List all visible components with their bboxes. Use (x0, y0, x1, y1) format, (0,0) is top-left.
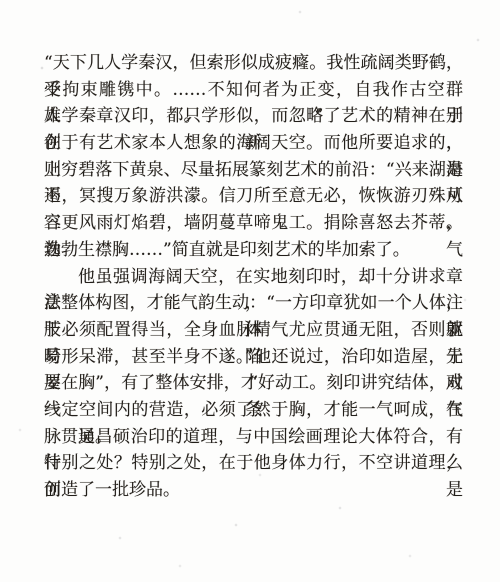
text-line: 特别之处？特别之处，在于他身体力行，不空讲道理，而是 (44, 450, 463, 477)
text-line: 三更风雨灯焰碧，墙阴蔓草啼鬼工。捐除喜怒去芥蒂，逸气 (44, 210, 463, 237)
text-line: 一定空间内的营造，必须了然于胸，才能一气呵成，气脉贯通。 (44, 397, 463, 424)
text-line: 意整体构图，才能气韵生动：“一方印章犹如一个人体，肢体躯 (44, 290, 463, 317)
paragraph-3: 吴昌硕治印的道理，与中国绘画理论大体符合，有什么特别之处？特别之处，在于他身体力… (44, 424, 463, 504)
paragraph-2: 他虽强调海阔天空，在实地刻印时，却十分讲求章法，注意整体构图，才能气韵生动：“一… (44, 264, 463, 424)
text-line: 在于有艺术家本人想象的海阔天空。而他所要追求的，则是 (44, 130, 463, 157)
text-block: “天下几人学秦汉，但索形似成疲癃。我性疏阔类野鹤，不受拘束雕镌中。……不知何者为… (44, 50, 463, 504)
text-line: 上穷碧落下黄泉、尽量拓展篆刻艺术的前沿：“兴来湖海不可 (44, 157, 463, 184)
text-line: 他虽强调海阔天空，在实地刻印时，却十分讲求章法，注 (44, 264, 463, 291)
paragraph-1: “天下几人学秦汉，但索形似成疲癃。我性疏阔类野鹤，不受拘束雕镌中。……不知何者为… (44, 50, 463, 264)
text-line: 干必须配置得当，全身血脉精气尤应贯通无阻，否则就易陷于 (44, 317, 463, 344)
text-line: 屋在胸”，有了整体安排，才好动工。刻印讲究结体，对线条在 (44, 370, 463, 397)
text-line: 遏，冥搜万象游洪濛。信刀所至意无必，恢恢游刃殊从容。 (44, 183, 463, 210)
text-line: 勃勃生襟胸……”简直就是印刻艺术的毕加索了。 (44, 237, 463, 264)
scanned-book-page: “天下几人学秦汉，但索形似成疲癃。我性疏阔类野鹤，不受拘束雕镌中。……不知何者为… (0, 0, 500, 582)
text-line: 吴昌硕治印的道理，与中国绘画理论大体符合，有什么 (44, 424, 463, 451)
text-line: 受拘束雕镌中。……不知何者为正变，自我作古空群雄。”别 (44, 77, 463, 104)
text-line: 畸形呆滞，甚至半身不遂。”他还说过，治印如造屋，先要“成 (44, 344, 463, 371)
text-line: 人学秦章汉印，都只学形似，而忽略了艺术的精神在于创新， (44, 103, 463, 130)
text-line: “天下几人学秦汉，但索形似成疲癃。我性疏阔类野鹤，不 (44, 50, 463, 77)
